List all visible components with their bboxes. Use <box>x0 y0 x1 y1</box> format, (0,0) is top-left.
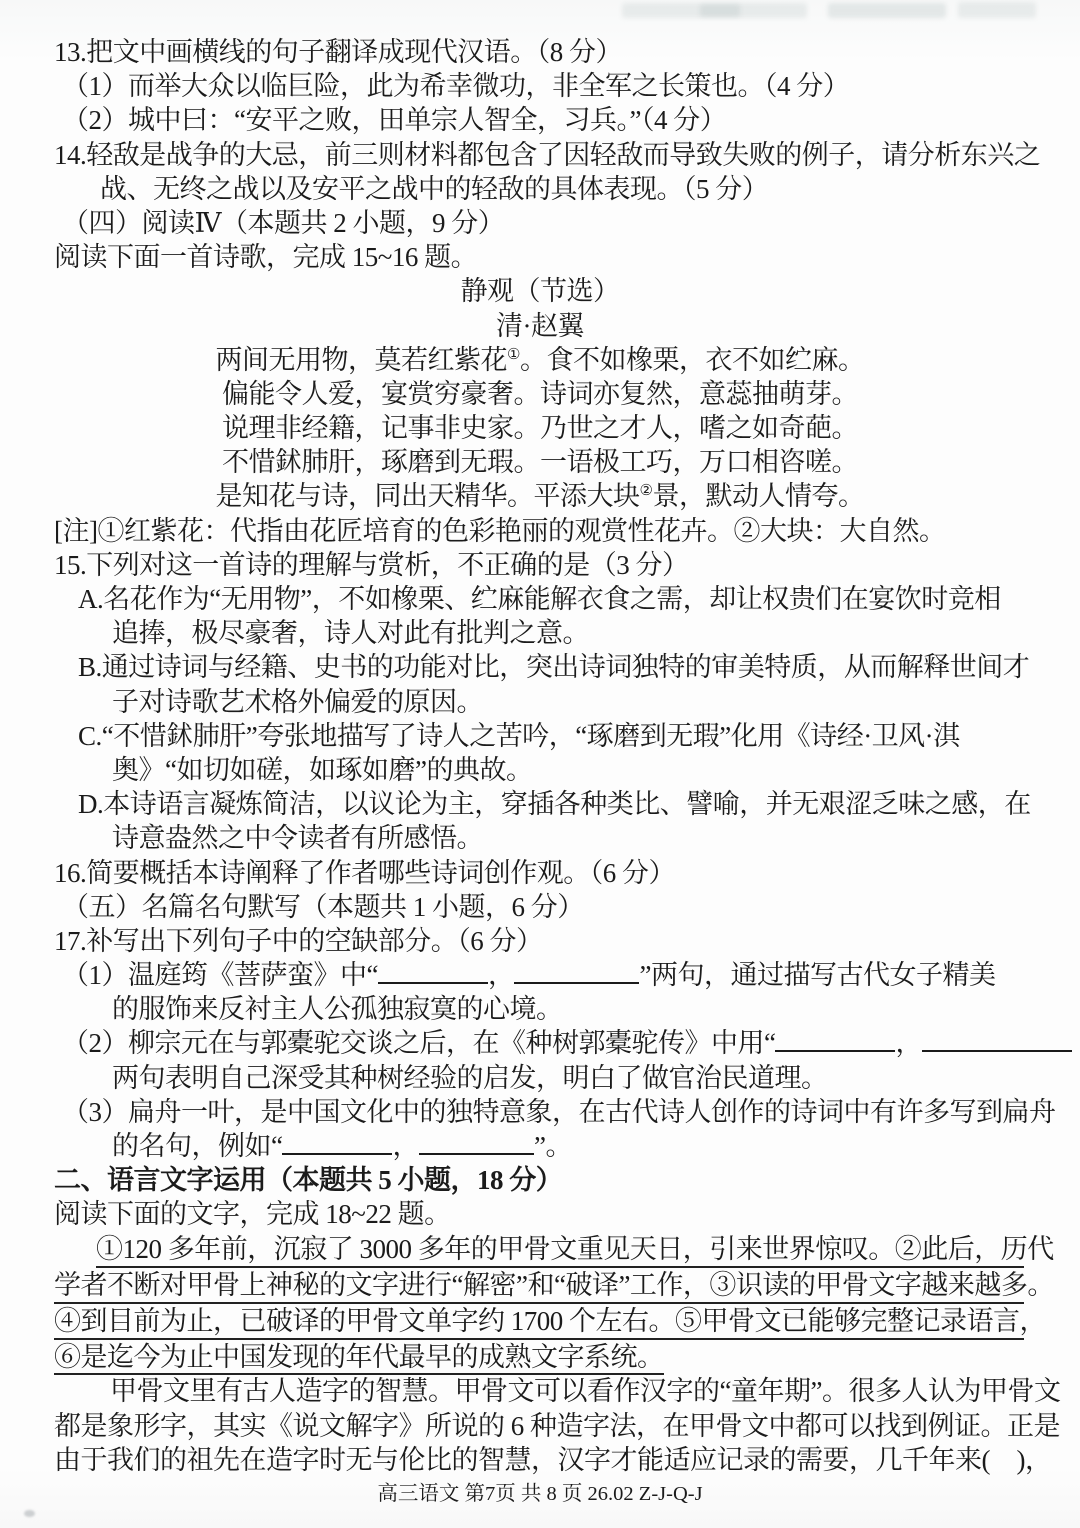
q13-sub2: （2）城中曰：“安平之败，田单宗人智全，习兵。”（4 分） <box>0 103 1080 137</box>
section2-header: 二、语言文字运用（本题共 5 小题，18 分） <box>0 1163 1080 1197</box>
section4-intro: 阅读下面一首诗歌，完成 15~16 题。 <box>0 240 1080 274</box>
scan-artifact <box>700 4 740 17</box>
poem-line-5-text: 是知花与诗，同出天精华。平添大块 <box>216 481 640 511</box>
q15-option-b-line2: 子对诗歌艺术格外偏爱的原因。 <box>0 685 1080 719</box>
blank-separator: ， <box>895 1028 922 1058</box>
q14-line1: 14.轻敌是战争的大忌，前三则材料都包含了因轻敌而导致失败的例子，请分析东兴之 <box>0 138 1080 172</box>
q15-stem: 15.下列对这一首诗的理解与赏析，不正确的是（3 分） <box>0 548 1080 582</box>
scan-artifact <box>958 2 1036 18</box>
q17-sub3-line2: 的名句，例如“，”。 <box>0 1129 1080 1163</box>
answer-blank <box>922 1028 1072 1053</box>
q15-option-c-line1: C.“不惜鉥肺肝”夸张地描写了诗人之苦吟，“琢磨到无瑕”化用《诗经·卫风·淇 <box>0 719 1080 753</box>
q17-sub1-text: （1）温庭筠《菩萨蛮》中“ <box>62 960 378 990</box>
underlined-sentence-3: ④到目前为止，已破译的甲骨文单字约 1700 个左右。⑤甲骨文已能够完整记录语言… <box>54 1304 1024 1340</box>
footnote-ref-1: ① <box>507 347 520 363</box>
q17-sub3-text: ”。 <box>534 1131 572 1161</box>
q15-option-d-line2: 诗意盎然之中令读者有所感悟。 <box>0 821 1080 855</box>
paragraph2-line2: 都是象形字，其实《说文解字》所说的 6 种造字法，在甲骨文中都可以找到例证。正是 <box>0 1409 1080 1443</box>
blank-separator: ， <box>488 960 515 990</box>
underlined-sentence-4-text: ⑥是迄今为止中国发现的年代最早的成熟文字系统。 <box>54 1341 664 1375</box>
exam-paper-page: 13.把文中画横线的句子翻译成现代汉语。（8 分） （1）而举大众以临巨险，此为… <box>0 0 1080 1528</box>
answer-blank <box>282 1130 392 1155</box>
answer-blank <box>514 959 639 984</box>
q14-line2: 战、无终之战以及安平之战中的轻敌的具体表现。（5 分） <box>0 172 1080 206</box>
underlined-sentence-4: ⑥是迄今为止中国发现的年代最早的成熟文字系统。 <box>0 1340 1080 1374</box>
poem-author: 清·赵翼 <box>0 309 1080 343</box>
answer-blank <box>419 1130 534 1155</box>
poem-line-5-text: 景，默动人情夸。 <box>652 481 864 511</box>
underlined-sentence-1: ①120 多年前，沉寂了 3000 多年的甲骨文重见天日，引来世界惊叹。②此后，… <box>96 1232 1024 1268</box>
scan-artifact <box>828 3 946 18</box>
poem-line-4: 不惜鉥肺肝，琢磨到无瑕。一语极工巧，万口相咨嗟。 <box>0 445 1080 479</box>
q13-stem: 13.把文中画横线的句子翻译成现代汉语。（8 分） <box>0 35 1080 69</box>
blank-separator: ， <box>392 1131 419 1161</box>
section5-header: （五）名篇名句默写（本题共 1 小题，6 分） <box>0 890 1080 924</box>
q17-sub2-text: （2）柳宗元在与郭橐驼交谈之后，在《种树郭橐驼传》中用“ <box>62 1028 775 1058</box>
q17-sub3-line1: （3）扁舟一叶，是中国文化中的独特意象，在古代诗人创作的诗词中有许多写到扁舟 <box>0 1095 1080 1129</box>
poem-title: 静观（节选） <box>0 274 1080 308</box>
poem-line-1: 两间无用物，莫若红紫花①。食不如橡栗，衣不如纻麻。 <box>0 343 1080 377</box>
answer-blank <box>775 1028 895 1053</box>
poem-line-3: 说理非经籍，记事非史家。乃世之才人，嗜之如奇葩。 <box>0 411 1080 445</box>
poem-note: [注]①红紫花：代指由花匠培育的色彩艳丽的观赏性花卉。②大块：大自然。 <box>0 514 1080 548</box>
footnote-ref-2: ② <box>640 483 653 499</box>
q15-option-d-line1: D.本诗语言凝炼简洁，以议论为主，穿插各种类比、譬喻，并无艰涩乏味之感，在 <box>0 787 1080 821</box>
q15-option-b-line1: B.通过诗词与经籍、史书的功能对比，突出诗词独特的审美特质，从而解释世间才 <box>0 650 1080 684</box>
q17-sub3-text: 的名句，例如“ <box>112 1131 282 1161</box>
q15-option-a-line2: 追捧，极尽豪奢，诗人对此有批判之意。 <box>0 616 1080 650</box>
q17-sub2-line1: （2）柳宗元在与郭橐驼交谈之后，在《种树郭橐驼传》中用“，” <box>0 1026 1080 1060</box>
paragraph2-line3: 由于我们的祖先在造字时无与伦比的智慧，汉字才能适应记录的需要，几千年来( )， <box>0 1443 1080 1477</box>
poem-line-1-text: 。食不如橡栗，衣不如纻麻。 <box>520 345 865 375</box>
section2-intro: 阅读下面的文字，完成 18~22 题。 <box>0 1197 1080 1231</box>
poem-line-2: 偏能令人爱，宴赏穷豪奢。诗词亦复然，意蕊抽萌芽。 <box>0 377 1080 411</box>
section4-header: （四）阅读Ⅳ（本题共 2 小题，9 分） <box>0 206 1080 240</box>
q16-stem: 16.简要概括本诗阐释了作者哪些诗词创作观。（6 分） <box>0 856 1080 890</box>
q17-sub1-text: ”两句，通过描写古代女子精美 <box>639 960 995 990</box>
poem-line-5: 是知花与诗，同出天精华。平添大块②景，默动人情夸。 <box>0 479 1080 513</box>
exam-content: 13.把文中画横线的句子翻译成现代汉语。（8 分） （1）而举大众以临巨险，此为… <box>0 35 1080 1511</box>
q17-sub1-line2: 的服饰来反衬主人公孤独寂寞的心境。 <box>0 992 1080 1026</box>
q17-sub2-line2: 两句表明自己深受其种树经验的启发，明白了做官治民道理。 <box>0 1061 1080 1095</box>
q15-option-c-line2: 奥》“如切如磋，如琢如磨”的典故。 <box>0 753 1080 787</box>
underlined-sentence-2: 学者不断对甲骨上神秘的文字进行“解密”和“破译”工作，③识读的甲骨文字越来越多。 <box>54 1268 1024 1304</box>
poem-line-1-text: 两间无用物，莫若红紫花 <box>216 345 508 375</box>
q13-sub1: （1）而举大众以临巨险，此为希幸微功，非全军之长策也。（4 分） <box>0 69 1080 103</box>
answer-blank <box>378 959 488 984</box>
page-footer: 高三语文 第7页 共 8 页 26.02 Z-J-Q-J <box>0 1477 1080 1511</box>
q15-option-a-line1: A.名花作为“无用物”，不如橡栗、纻麻能解衣食之需，却让权贵们在宴饮时竞相 <box>0 582 1080 616</box>
paragraph2-line1: 甲骨文里有古人造字的智慧。甲骨文可以看作汉字的“童年期”。很多人认为甲骨文 <box>0 1374 1080 1408</box>
q17-sub1-line1: （1）温庭筠《菩萨蛮》中“，”两句，通过描写古代女子精美 <box>0 958 1080 992</box>
q17-stem: 17.补写出下列句子中的空缺部分。（6 分） <box>0 924 1080 958</box>
